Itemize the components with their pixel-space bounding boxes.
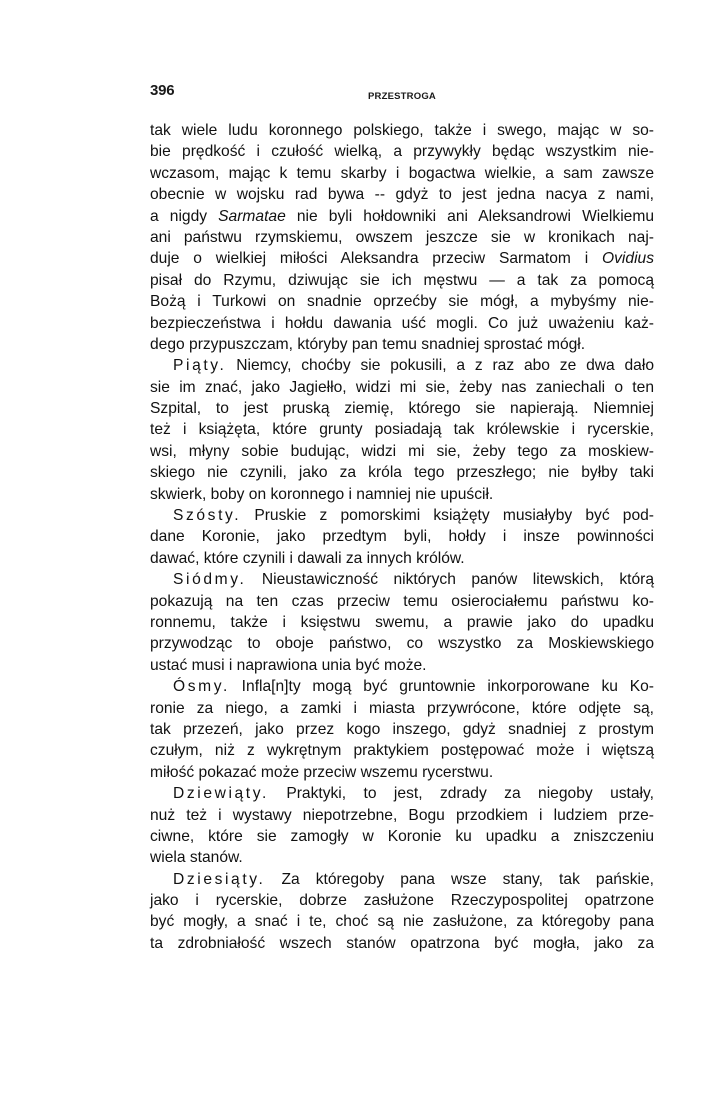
text-line: też i książęta, które grunty posiadają t… — [150, 419, 654, 440]
text-line: ustać musi i naprawiona unia być może. — [150, 655, 654, 676]
text-line: ciwne, które sie zamogły w Koronie ku up… — [150, 826, 654, 847]
text-line: czułym, niż z wykrętnym praktykiem postę… — [150, 740, 654, 761]
line-text: nie byli hołdowniki ani Aleksandrowi Wie… — [286, 208, 654, 225]
text-line: Siódmy. Nieustawiczność niktórych panów … — [150, 569, 654, 590]
page-number: 396 — [150, 82, 174, 99]
text-line: skwierk, boby on koronnego i namniej nie… — [150, 484, 654, 505]
text-line: Bożą i Turkowi on snadnie oprzećby sie m… — [150, 291, 654, 312]
text-line: bie prędkość i czułość wielką, a przywyk… — [150, 141, 654, 162]
text-line: Dziesiąty. Za któregoby pana wsze stany,… — [150, 869, 654, 890]
text-line: Ósmy. Infla[n]ty mogą być gruntownie ink… — [150, 676, 654, 697]
text-line: przywodząc to oboje państwo, co wszystko… — [150, 633, 654, 654]
line-text: Za któregoby pana wsze stany, tak pański… — [265, 871, 654, 888]
text-line: Szósty. Pruskie z pomorskimi książęty mu… — [150, 505, 654, 526]
text-line: ani państwu rzymskiemu, owszem jeszcze s… — [150, 227, 654, 248]
text-line: bezpieczeństwa i hołdu dawania uść mogli… — [150, 313, 654, 334]
text-line: jako i rycerskie, dobrze zasłużone Rzecz… — [150, 890, 654, 911]
text-line: wiela stanów. — [150, 847, 654, 868]
line-text: Praktyki, to jest, zdrady za niegoby ust… — [269, 785, 654, 802]
text-line: sie im znać, jako Jagiełło, widzi mi sie… — [150, 377, 654, 398]
text-line: a nigdy Sarmatae nie byli hołdowniki ani… — [150, 206, 654, 227]
section-lead: Dziewiąty. — [173, 785, 269, 802]
text-line: Szpital, to jest pruską ziemię, którego … — [150, 398, 654, 419]
text-line: ronie za niego, a zamki i miasta przywró… — [150, 698, 654, 719]
text-line: skiego nie czynili, jako za króla tego p… — [150, 462, 654, 483]
line-text: Nieustawiczność niktórych panów litewski… — [246, 571, 654, 588]
line-text: a nigdy — [150, 208, 218, 225]
text-line: pokazują na ten czas przeciw temu osiero… — [150, 591, 654, 612]
latin-term: Sarmatae — [218, 208, 286, 225]
text-line: Piąty. Niemcy, choćby sie pokusili, a z … — [150, 355, 654, 376]
text-line: obecnie w wojsku rad bywa -- gdyż to jes… — [150, 184, 654, 205]
section-lead: Ósmy. — [173, 678, 230, 695]
line-text: Infla[n]ty mogą być gruntownie inkorporo… — [230, 678, 654, 695]
text-line: duje o wielkiej miłości Aleksandra przec… — [150, 248, 654, 269]
text-line: Dziewiąty. Praktyki, to jest, zdrady za … — [150, 783, 654, 804]
running-head: PRZESTROGA — [368, 91, 436, 102]
text-line: wczasom, mając k temu skarby i bogactwa … — [150, 163, 654, 184]
text-line: dego przypuszczam, któryby pan temu snad… — [150, 334, 654, 355]
text-line: ronnemu, także i księstwu swemu, a prawi… — [150, 612, 654, 633]
line-text: Pruskie z pomorskimi książęty musiałyby … — [241, 507, 654, 524]
text-line: nuż też i wystawy niepotrzebne, Bogu prz… — [150, 805, 654, 826]
section-lead: Piąty. — [173, 357, 226, 374]
text-line: ta zdrobniałość wszech stanów opatrzona … — [150, 933, 654, 954]
text-line: pisał do Rzymu, dziwując sie ich męstwu … — [150, 270, 654, 291]
text-line: być mogły, a snać i te, choć są nie zasł… — [150, 911, 654, 932]
text-line: dawać, które czynili i dawali za innych … — [150, 548, 654, 569]
line-text: duje o wielkiej miłości Aleksandra przec… — [150, 250, 602, 267]
body-text: tak wiele ludu koronnego polskiego, takż… — [150, 120, 654, 954]
text-line: wsi, młyny sobie budując, widzi mi sie, … — [150, 441, 654, 462]
section-lead: Siódmy. — [173, 571, 246, 588]
section-lead: Dziesiąty. — [173, 871, 265, 888]
section-lead: Szósty. — [173, 507, 241, 524]
latin-term: Ovidius — [602, 250, 654, 267]
text-line: tak wiele ludu koronnego polskiego, takż… — [150, 120, 654, 141]
line-text: Niemcy, choćby sie pokusili, a z raz abo… — [226, 357, 654, 374]
text-line: miłość pokazać może przeciw wszemu rycer… — [150, 762, 654, 783]
text-line: dane Koronie, jako przedtym byli, hołdy … — [150, 526, 654, 547]
text-line: tak przezeń, jako przez kogo inszego, gd… — [150, 719, 654, 740]
